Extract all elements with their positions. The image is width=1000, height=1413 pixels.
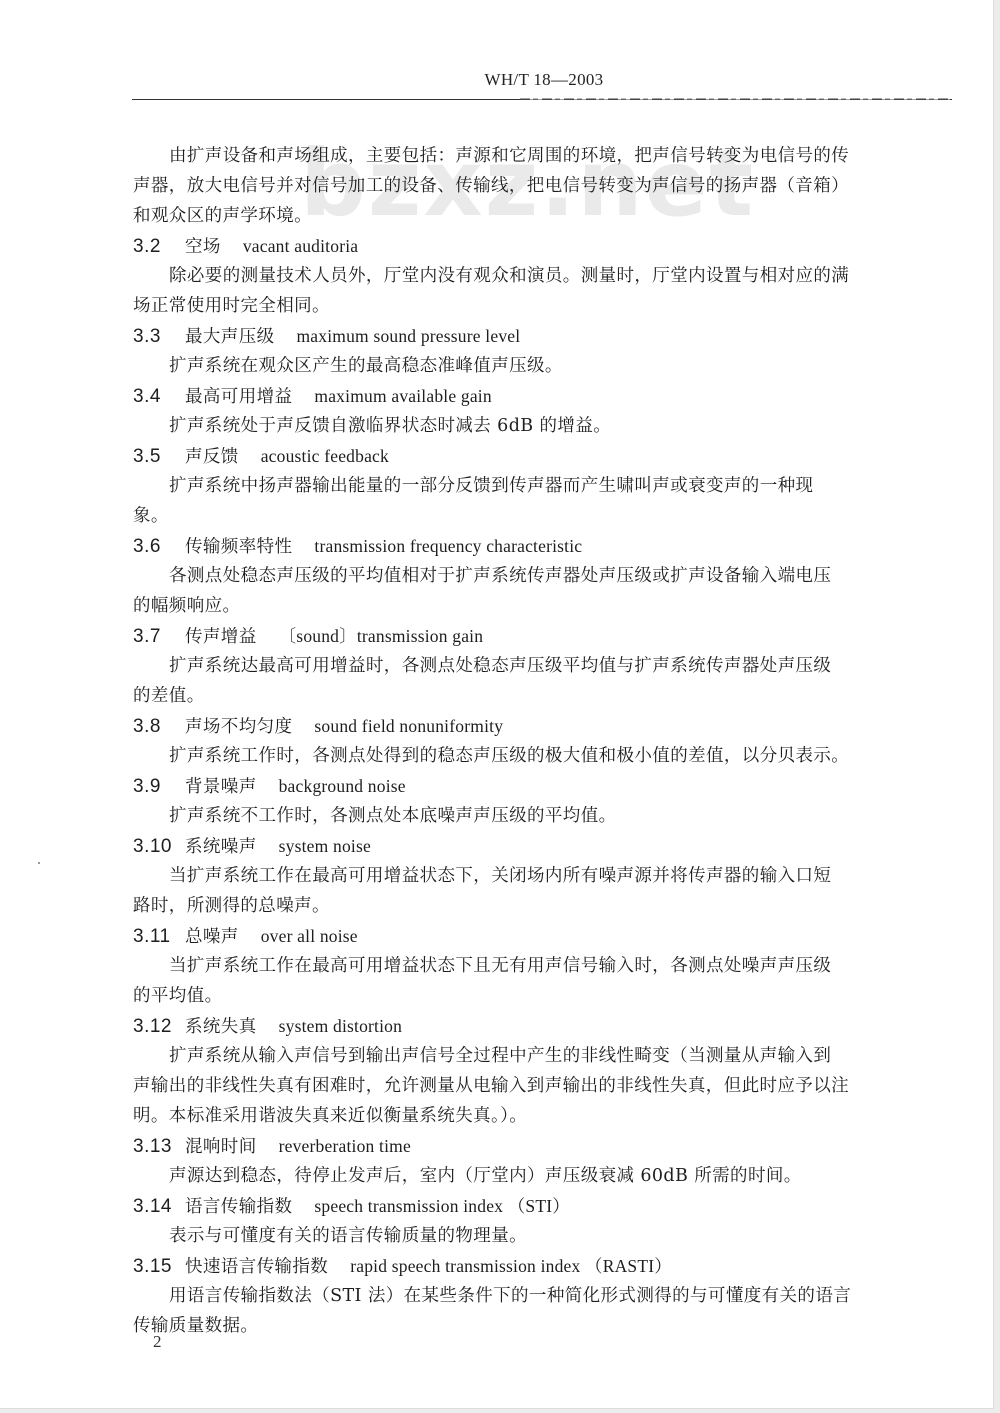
term-english: speech transmission index （STI） [314, 1191, 570, 1221]
term-heading: 3.7 传声增益 〔sound〕transmission gain [133, 621, 959, 651]
term-entry: 3.10 系统噪声 system noise 当扩声系统工作在最高可用增益状态下… [133, 831, 959, 921]
definition-line: 明。本标准采用谐波失真来近似衡量系统失真。）。 [133, 1101, 959, 1131]
term-number: 3.7 [133, 622, 185, 652]
definition-line: 扩声系统中扬声器输出能量的一部分反馈到传声器而产生啸叫声或衰变声的一种现 [133, 471, 959, 501]
term-english: rapid speech transmission index （RASTI） [350, 1251, 672, 1281]
definition-line: 扩声系统工作时，各测点处得到的稳态声压级的极大值和极小值的差值，以分贝表示。 [133, 741, 959, 771]
term-chinese: 快速语言传输指数 [185, 1252, 328, 1282]
definition-line: 扩声系统不工作时，各测点处本底噪声声压级的平均值。 [133, 801, 959, 831]
term-number: 3.3 [133, 322, 185, 352]
term-chinese: 声场不均匀度 [185, 712, 292, 742]
term-heading: 3.10 系统噪声 system noise [133, 831, 959, 861]
term-english: maximum available gain [314, 381, 491, 411]
term-entry: 3.8 声场不均匀度 sound field nonuniformity 扩声系… [133, 711, 959, 771]
term-heading: 3.11 总噪声 over all noise [133, 921, 959, 951]
term-number: 3.14 [133, 1192, 185, 1222]
term-entry: 3.5 声反馈 acoustic feedback 扩声系统中扬声器输出能量的一… [133, 441, 959, 531]
term-number: 3.13 [133, 1132, 185, 1162]
term-heading: 3.4 最高可用增益 maximum available gain [133, 381, 959, 411]
definition-line: 声输出的非线性失真有困难时，允许测量从电输入到声输出的非线性失真，但此时应予以注 [133, 1071, 959, 1101]
term-english: sound field nonuniformity [314, 711, 503, 741]
term-number: 3.11 [133, 922, 185, 952]
term-heading: 3.8 声场不均匀度 sound field nonuniformity [133, 711, 959, 741]
term-heading: 3.15 快速语言传输指数 rapid speech transmission … [133, 1251, 959, 1281]
term-number: 3.2 [133, 232, 185, 262]
term-english: acoustic feedback [261, 441, 389, 471]
term-heading: 3.6 传输频率特性 transmission frequency charac… [133, 531, 959, 561]
document-body: 由扩声设备和声场组成，主要包括：声源和它周围的环境，把声信号转变为电信号的传 声… [133, 141, 959, 1341]
term-chinese: 系统失真 [185, 1012, 257, 1042]
term-number: 3.8 [133, 712, 185, 742]
term-heading: 3.3 最大声压级 maximum sound pressure level [133, 321, 959, 351]
term-entry: 3.14 语言传输指数 speech transmission index （S… [133, 1191, 959, 1251]
definition-line: 声源达到稳态，待停止发声后，室内（厅堂内）声压级衰减 60dB 所需的时间。 [133, 1161, 959, 1191]
term-entry: 3.15 快速语言传输指数 rapid speech transmission … [133, 1251, 959, 1341]
definition-line: 扩声系统在观众区产生的最高稳态准峰值声压级。 [133, 351, 959, 381]
term-english: system distortion [279, 1011, 402, 1041]
term-chinese: 混响时间 [185, 1132, 257, 1162]
term-number: 3.12 [133, 1012, 185, 1042]
term-chinese: 最高可用增益 [185, 382, 292, 412]
term-heading: 3.14 语言传输指数 speech transmission index （S… [133, 1191, 959, 1221]
term-chinese: 背景噪声 [185, 772, 257, 802]
definition-line: 除必要的测量技术人员外，厅堂内没有观众和演员。测量时，厅堂内设置与相对应的满 [133, 261, 959, 291]
term-chinese: 总噪声 [185, 922, 239, 952]
intro-paragraph: 由扩声设备和声场组成，主要包括：声源和它周围的环境，把声信号转变为电信号的传 声… [133, 141, 959, 231]
term-number: 3.5 [133, 442, 185, 472]
definition-line: 扩声系统从输入声信号到输出声信号全过程中产生的非线性畸变（当测量从声输入到 [133, 1041, 959, 1071]
term-number: 3.9 [133, 772, 185, 802]
term-english: system noise [279, 831, 371, 861]
paragraph-line: 和观众区的声学环境。 [133, 201, 959, 231]
term-english: maximum sound pressure level [297, 321, 521, 351]
definition-line: 的差值。 [133, 681, 959, 711]
term-entry: 3.12 系统失真 system distortion 扩声系统从输入声信号到输… [133, 1011, 959, 1131]
header-rule-scan-artifact [520, 98, 950, 100]
term-chinese: 空场 [185, 232, 221, 262]
term-number: 3.6 [133, 532, 185, 562]
term-number: 3.15 [133, 1252, 185, 1282]
term-entry: 3.2 空场 vacant auditoria 除必要的测量技术人员外，厅堂内没… [133, 231, 959, 321]
term-heading: 3.2 空场 vacant auditoria [133, 231, 959, 261]
definition-line: 象。 [133, 501, 959, 531]
term-entry: 3.7 传声增益 〔sound〕transmission gain 扩声系统达最… [133, 621, 959, 711]
definition-line: 当扩声系统工作在最高可用增益状态下，关闭场内所有噪声源并将传声器的输入口短 [133, 861, 959, 891]
term-english: 〔sound〕transmission gain [279, 621, 484, 651]
term-number: 3.4 [133, 382, 185, 412]
definition-line: 扩声系统处于声反馈自激临界状态时减去 6dB 的增益。 [133, 411, 959, 441]
paragraph-line: 声器，放大电信号并对信号加工的设备、传输线，把电信号转变为声信号的扬声器（音箱） [133, 171, 959, 201]
term-chinese: 传输频率特性 [185, 532, 292, 562]
scan-speck [38, 862, 40, 864]
term-heading: 3.13 混响时间 reverberation time [133, 1131, 959, 1161]
definition-line: 扩声系统达最高可用增益时，各测点处稳态声压级平均值与扩声系统传声器处声压级 [133, 651, 959, 681]
definition-line: 当扩声系统工作在最高可用增益状态下且无有用声信号输入时，各测点处噪声声压级 [133, 951, 959, 981]
definition-line: 表示与可懂度有关的语言传输质量的物理量。 [133, 1221, 959, 1251]
definition-line: 的平均值。 [133, 981, 959, 1011]
definition-line: 场正常使用时完全相同。 [133, 291, 959, 321]
document-page: WH/T 18—2003 bzxz.net 由扩声设备和声场组成，主要包括：声源… [0, 0, 994, 1409]
term-chinese: 声反馈 [185, 442, 239, 472]
term-chinese: 语言传输指数 [185, 1192, 292, 1222]
definition-line: 路时，所测得的总噪声。 [133, 891, 959, 921]
term-entry: 3.11 总噪声 over all noise 当扩声系统工作在最高可用增益状态… [133, 921, 959, 1011]
term-english: vacant auditoria [243, 231, 358, 261]
paragraph-line: 由扩声设备和声场组成，主要包括：声源和它周围的环境，把声信号转变为电信号的传 [133, 141, 959, 171]
term-chinese: 最大声压级 [185, 322, 275, 352]
term-heading: 3.5 声反馈 acoustic feedback [133, 441, 959, 471]
term-heading: 3.12 系统失真 system distortion [133, 1011, 959, 1041]
definition-line: 的幅频响应。 [133, 591, 959, 621]
term-entry: 3.4 最高可用增益 maximum available gain 扩声系统处于… [133, 381, 959, 441]
term-english: over all noise [261, 921, 358, 951]
term-entry: 3.9 背景噪声 background noise 扩声系统不工作时，各测点处本… [133, 771, 959, 831]
term-number: 3.10 [133, 832, 185, 862]
term-heading: 3.9 背景噪声 background noise [133, 771, 959, 801]
term-entry: 3.13 混响时间 reverberation time 声源达到稳态，待停止发… [133, 1131, 959, 1191]
definition-line: 传输质量数据。 [133, 1311, 959, 1341]
standard-code-header: WH/T 18—2003 [0, 70, 1000, 90]
term-chinese: 系统噪声 [185, 832, 257, 862]
term-english: transmission frequency characteristic [314, 531, 582, 561]
term-chinese: 传声增益 [185, 622, 257, 652]
term-english: background noise [279, 771, 406, 801]
term-entry: 3.6 传输频率特性 transmission frequency charac… [133, 531, 959, 621]
term-english: reverberation time [279, 1131, 411, 1161]
term-entry: 3.3 最大声压级 maximum sound pressure level 扩… [133, 321, 959, 381]
definition-line: 各测点处稳态声压级的平均值相对于扩声系统传声器处声压级或扩声设备输入端电压 [133, 561, 959, 591]
definition-line: 用语言传输指数法（STI 法）在某些条件下的一种简化形式测得的与可懂度有关的语言 [133, 1281, 959, 1311]
